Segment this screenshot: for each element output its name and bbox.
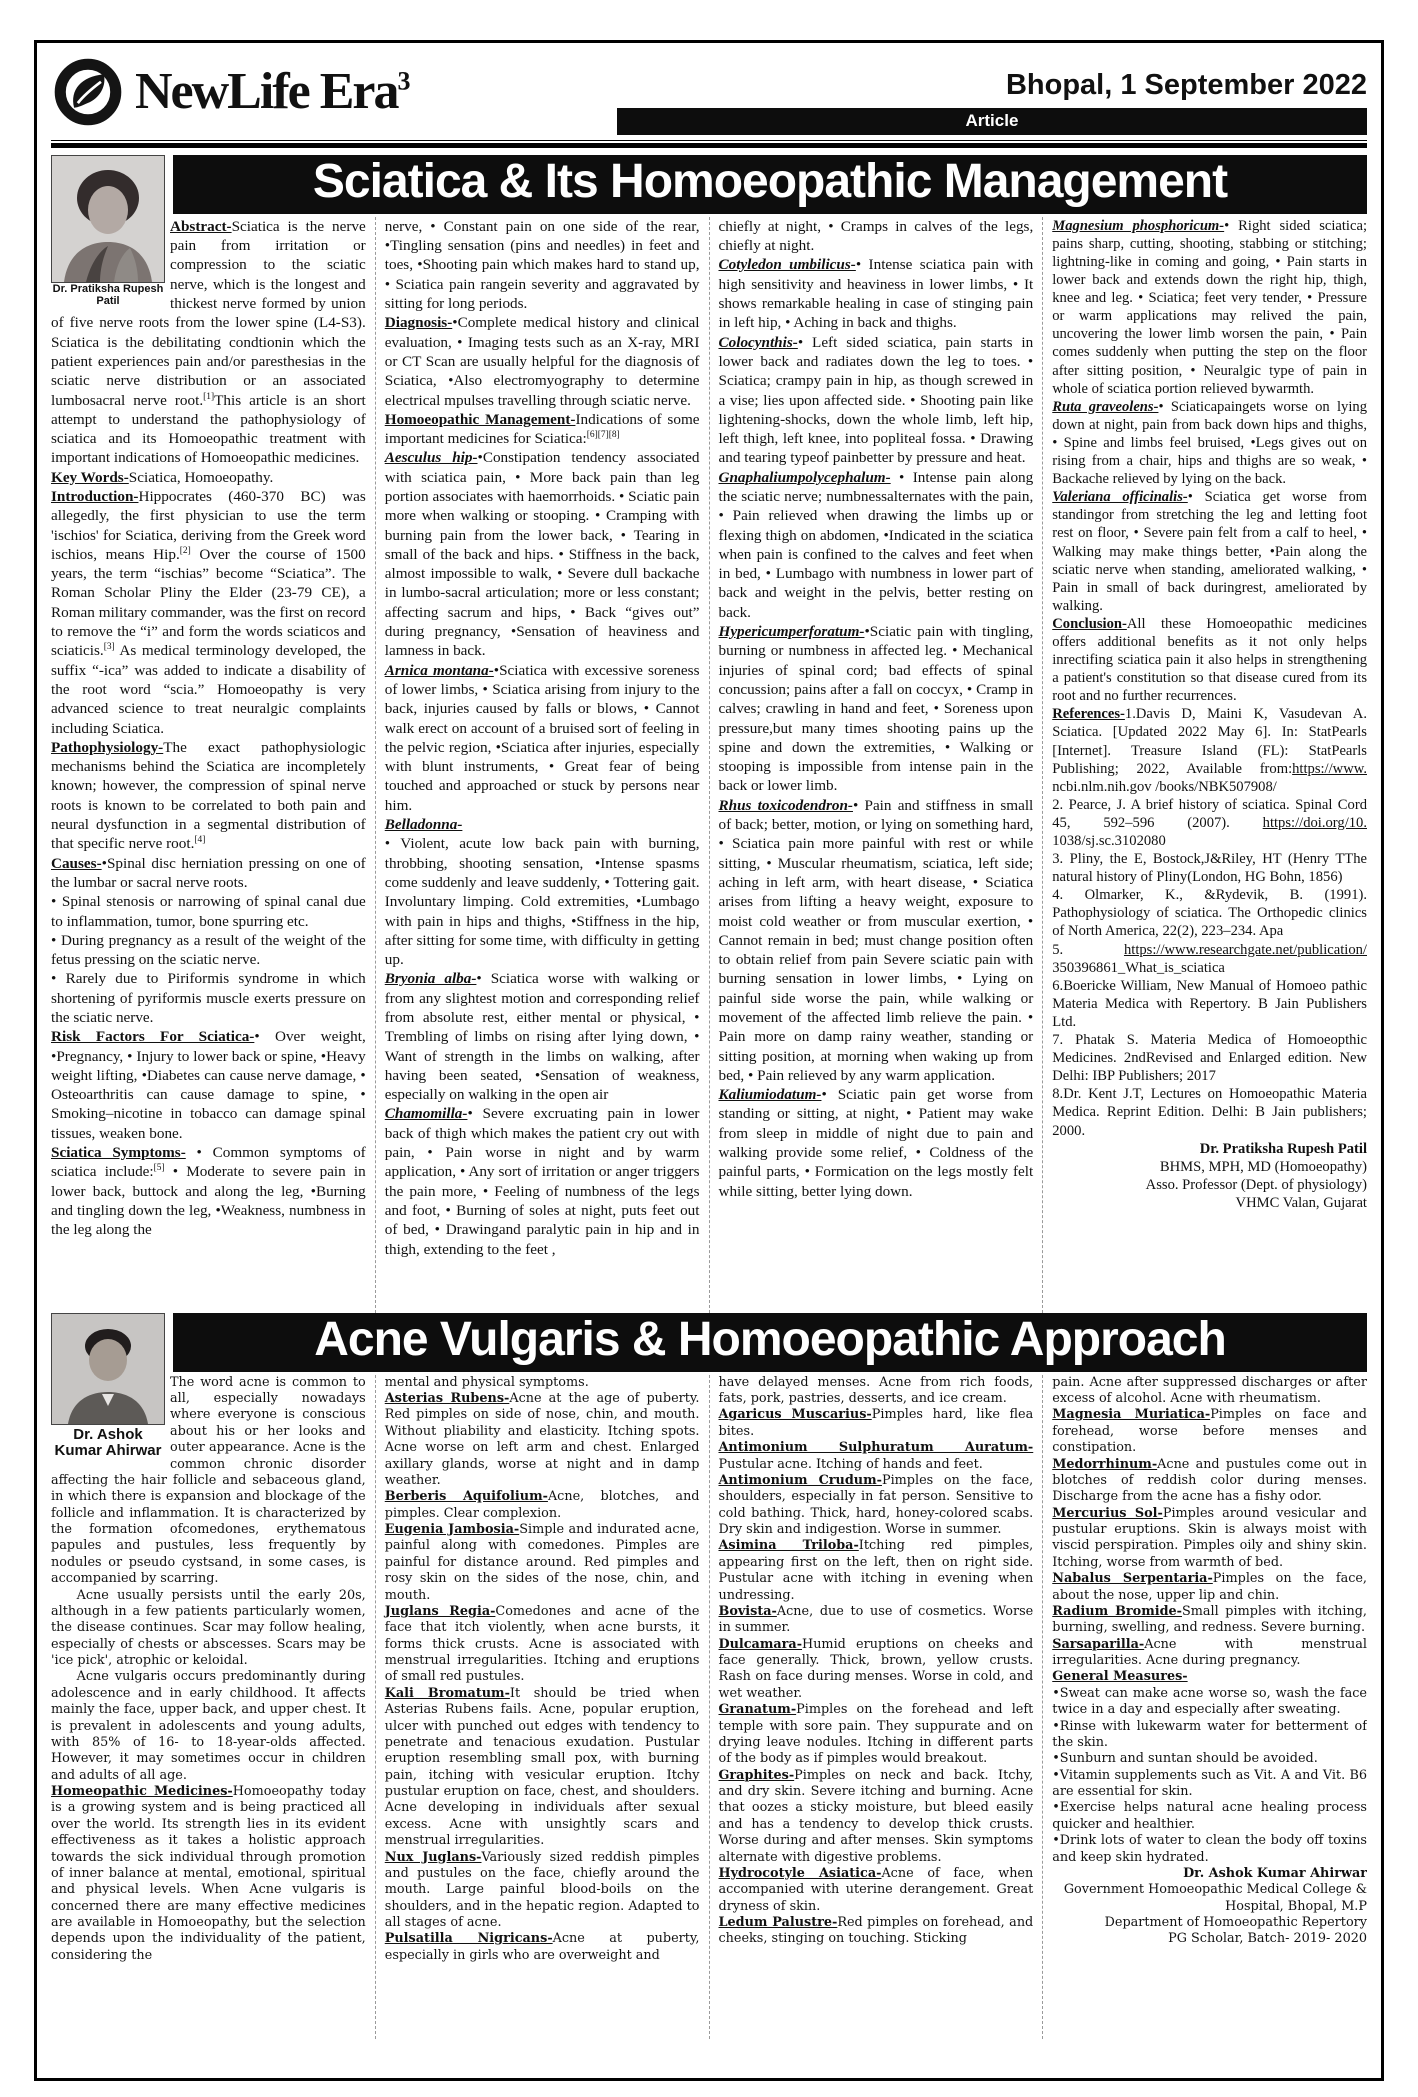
- paragraph: Causes-•Spinal disc herniation pressing …: [51, 854, 366, 893]
- article-acne: Dr. Ashok Kumar Ahirwar Acne Vulgaris & …: [51, 1313, 1367, 2039]
- paragraph: Cotyledon umbilicus-• Intense sciatica p…: [719, 255, 1034, 332]
- paragraph: Rhus toxicodendron-• Pain and stiffness …: [719, 796, 1034, 1085]
- paragraph: Risk Factors For Sciatica-• Over weight,…: [51, 1027, 366, 1143]
- paragraph: Antimonium Sulphuratum Auratum-Pustular …: [719, 1440, 1034, 1473]
- author-photo-pratiksha: [51, 155, 165, 283]
- paragraph: 6.Boericke William, New Manual of Homoeo…: [1052, 977, 1367, 1031]
- paragraph: Bovista-Acne, due to use of cosmetics. W…: [719, 1604, 1034, 1637]
- article-title-sciatica: Sciatica & Its Homoeopathic Management: [173, 155, 1367, 214]
- paragraph: pain. Acne after suppressed discharges o…: [1052, 1375, 1367, 1408]
- article-column: Magnesium phosphoricum-• Right sided sci…: [1042, 217, 1367, 1313]
- paragraph: References-1.Davis D, Maini K, Vasudevan…: [1052, 705, 1367, 795]
- paragraph: Diagnosis-•Complete medical history and …: [385, 313, 700, 409]
- paragraph: Dr. Pratiksha Rupesh Patil: [1052, 1140, 1367, 1158]
- paragraph: Acne vulgaris occurs predominantly durin…: [51, 1669, 366, 1784]
- brand: NewLife Era3: [51, 55, 410, 129]
- paragraph: Hypericumperforatum-•Sciatic pain with t…: [719, 622, 1034, 796]
- paragraph: Dr. Ashok Kumar Ahirwar: [1052, 1866, 1367, 1882]
- paragraph: Department of Homoeopathic Repertory: [1052, 1915, 1367, 1931]
- article-column: pain. Acne after suppressed discharges o…: [1042, 1375, 1367, 2039]
- paragraph: Mercurius Sol-Pimples around vesicular a…: [1052, 1506, 1367, 1572]
- author-photo-ashok: [51, 1313, 165, 1425]
- author-photo-card: Dr. Pratiksha Rupesh Patil: [51, 155, 165, 307]
- paragraph: 7. Phatak S. Materia Medica of Homoeopth…: [1052, 1031, 1367, 1085]
- paragraph: Hydrocotyle Asiatica-Acne of face, when …: [719, 1866, 1034, 1915]
- paragraph: Pulsatilla Nigricans-Acne at puberty, es…: [385, 1931, 700, 1964]
- paragraph: Gnaphaliumpolycephalum- • Intense pain a…: [719, 468, 1034, 622]
- paragraph: Asimina Triloba-Itching red pimples, app…: [719, 1538, 1034, 1604]
- paragraph: •Vitamin supplements such as Vit. A and …: [1052, 1768, 1367, 1801]
- paragraph: Conclusion-All these Homoeopathic medici…: [1052, 615, 1367, 705]
- article-column: The word acne is common to all, especial…: [51, 1375, 375, 2039]
- paragraph: Berberis Aquifolium-Acne, blotches, and …: [385, 1489, 700, 1522]
- paragraph: PG Scholar, Batch- 2019- 2020: [1052, 1931, 1367, 1947]
- author-photo-caption: Dr. Pratiksha Rupesh Patil: [51, 284, 165, 307]
- paragraph: • Spinal stenosis or narrowing of spinal…: [51, 892, 366, 931]
- paragraph: Pathophysiology-The exact pathophysiolog…: [51, 738, 366, 854]
- paragraph: Key Words-Sciatica, Homoeopathy.: [51, 468, 366, 487]
- brand-title: NewLife Era3: [135, 66, 410, 118]
- paragraph: Sciatica Symptoms- • Common symptoms of …: [51, 1143, 366, 1239]
- paragraph: Acne usually persists until the early 20…: [51, 1588, 366, 1670]
- article-sciatica: Dr. Pratiksha Rupesh Patil Sciatica & It…: [51, 155, 1367, 1313]
- article-body-columns: Abstract-Sciatica is the nerve pain from…: [51, 217, 1367, 1313]
- paragraph: Antimonium Crudum-Pimples on the face, s…: [719, 1473, 1034, 1539]
- paragraph: 4. Olmarker, K., &Rydevik, B. (1991). Pa…: [1052, 886, 1367, 940]
- paragraph: Asso. Professor (Dept. of physiology): [1052, 1176, 1367, 1194]
- paragraph: Medorrhinum-Acne and pustules come out i…: [1052, 1457, 1367, 1506]
- paragraph: Radium Bromide-Small pimples with itchin…: [1052, 1604, 1367, 1637]
- section-label: Article: [965, 111, 1018, 130]
- paragraph: BHMS, MPH, MD (Homoeopathy): [1052, 1158, 1367, 1176]
- dateline: Bhopal, 1 September 2022: [617, 69, 1367, 102]
- paragraph: Government Homoeopathic Medical College …: [1052, 1882, 1367, 1915]
- author-caption-line1: Dr. Ashok: [51, 1427, 165, 1443]
- article-column: have delayed menses. Acne from rich food…: [709, 1375, 1043, 2039]
- article-body-columns: The word acne is common to all, especial…: [51, 1375, 1367, 2039]
- paragraph: Graphites-Pimples on neck and back. Itch…: [719, 1768, 1034, 1866]
- author-photo-caption: Dr. Ashok Kumar Ahirwar: [51, 1427, 165, 1459]
- paragraph: Bryonia alba-• Sciatica worse with walki…: [385, 969, 700, 1104]
- paragraph: Eugenia Jambosia-Simple and indurated ac…: [385, 1522, 700, 1604]
- paragraph: nerve, • Constant pain on one side of th…: [385, 217, 700, 313]
- paragraph: Nux Juglans-Variously sized reddish pimp…: [385, 1850, 700, 1932]
- paragraph: Asterias Rubens-Acne at the age of puber…: [385, 1391, 700, 1489]
- paragraph: Homeopathic Medicines-Homoeopathy today …: [51, 1784, 366, 1964]
- paragraph: •Rinse with lukewarm water for bettermen…: [1052, 1719, 1367, 1752]
- paragraph: Kali Bromatum-It should be tried when As…: [385, 1686, 700, 1850]
- paragraph: Introduction-Hippocrates (460-370 BC) wa…: [51, 487, 366, 738]
- paragraph: VHMC Valan, Gujarat: [1052, 1194, 1367, 1212]
- author-caption-line2: Kumar Ahirwar: [51, 1443, 165, 1459]
- paragraph: •Sweat can make acne worse so, wash the …: [1052, 1686, 1367, 1719]
- paragraph: Nabalus Serpentaria-Pimples on the face,…: [1052, 1571, 1367, 1604]
- newspaper-page: NewLife Era3 Bhopal, 1 September 2022 Ar…: [34, 40, 1384, 2081]
- article-column: nerve, • Constant pain on one side of th…: [375, 217, 709, 1313]
- paragraph: 2. Pearce, J. A brief history of sciatic…: [1052, 796, 1367, 850]
- paragraph: 3. Pliny, the E, Bostock,J&Riley, HT (He…: [1052, 850, 1367, 886]
- paragraph: 8.Dr. Kent J.T, Lectures on Homoeopathic…: [1052, 1085, 1367, 1139]
- paragraph: Aesculus hip-•Constipation tendency asso…: [385, 448, 700, 660]
- paragraph: •Drink lots of water to clean the body o…: [1052, 1833, 1367, 1866]
- paragraph: Magnesium phosphoricum-• Right sided sci…: [1052, 217, 1367, 398]
- paragraph: Granatum-Pimples on the forehead and lef…: [719, 1702, 1034, 1768]
- paragraph: • During pregnancy as a result of the we…: [51, 931, 366, 970]
- paragraph: Homoeopathic Management-Indications of s…: [385, 410, 700, 449]
- leaf-logo-icon: [51, 55, 125, 129]
- article-column: mental and physical symptoms.Asterias Ru…: [375, 1375, 709, 2039]
- author-photo-card: Dr. Ashok Kumar Ahirwar: [51, 1313, 165, 1459]
- article-title-acne: Acne Vulgaris & Homoeopathic Approach: [173, 1313, 1367, 1372]
- paragraph: •Exercise helps natural acne healing pro…: [1052, 1800, 1367, 1833]
- paragraph: • Rarely due to Piriformis syndrome in w…: [51, 969, 366, 1027]
- section-label-bar: Article: [617, 108, 1367, 135]
- paragraph: Ruta graveolens-• Sciaticapaingets worse…: [1052, 398, 1367, 488]
- masthead-right: Bhopal, 1 September 2022 Article: [617, 55, 1367, 135]
- paragraph: •Sunburn and suntan should be avoided.: [1052, 1751, 1367, 1767]
- paragraph: Agaricus Muscarius-Pimples hard, like fl…: [719, 1407, 1034, 1440]
- masthead-rule: [51, 140, 1367, 148]
- paragraph: have delayed menses. Acne from rich food…: [719, 1375, 1034, 1408]
- paragraph: Valeriana officinalis-• Sciatica get wor…: [1052, 488, 1367, 615]
- brand-superscript: 3: [397, 67, 410, 96]
- article-acne-header: Dr. Ashok Kumar Ahirwar Acne Vulgaris & …: [51, 1313, 1367, 1372]
- paragraph: General Measures-: [1052, 1669, 1367, 1685]
- newspaper-sheet: NewLife Era3 Bhopal, 1 September 2022 Ar…: [0, 0, 1418, 2097]
- paragraph: Sarsaparilla-Acne with menstrual irregul…: [1052, 1637, 1367, 1670]
- article-column: chiefly at night, • Cramps in calves of …: [709, 217, 1043, 1313]
- paragraph: • Violent, acute low back pain with burn…: [385, 834, 700, 969]
- paragraph: Ledum Palustre-Red pimples on forehead, …: [719, 1915, 1034, 1948]
- paragraph: Magnesia Muriatica-Pimples on face and f…: [1052, 1407, 1367, 1456]
- paragraph: Juglans Regia-Comedones and acne of the …: [385, 1604, 700, 1686]
- paragraph: Belladonna-: [385, 815, 700, 834]
- paragraph: Chamomilla-• Severe excruating pain in l…: [385, 1104, 700, 1258]
- masthead: NewLife Era3 Bhopal, 1 September 2022 Ar…: [51, 55, 1367, 135]
- paragraph: chiefly at night, • Cramps in calves of …: [719, 217, 1034, 256]
- brand-name: NewLife Era: [135, 63, 397, 120]
- paragraph: Arnica montana-•Sciatica with excessive …: [385, 661, 700, 815]
- paragraph: 5. https://www.researchgate.net/publicat…: [1052, 941, 1367, 977]
- article-column: Abstract-Sciatica is the nerve pain from…: [51, 217, 375, 1313]
- paragraph: Dulcamara-Humid eruptions on cheeks and …: [719, 1637, 1034, 1703]
- paragraph: Colocynthis-• Left sided sciatica, pain …: [719, 333, 1034, 468]
- article-sciatica-header: Dr. Pratiksha Rupesh Patil Sciatica & It…: [51, 155, 1367, 214]
- paragraph: mental and physical symptoms.: [385, 1375, 700, 1391]
- paragraph: Kaliumiodatum-• Sciatic pain get worse f…: [719, 1085, 1034, 1201]
